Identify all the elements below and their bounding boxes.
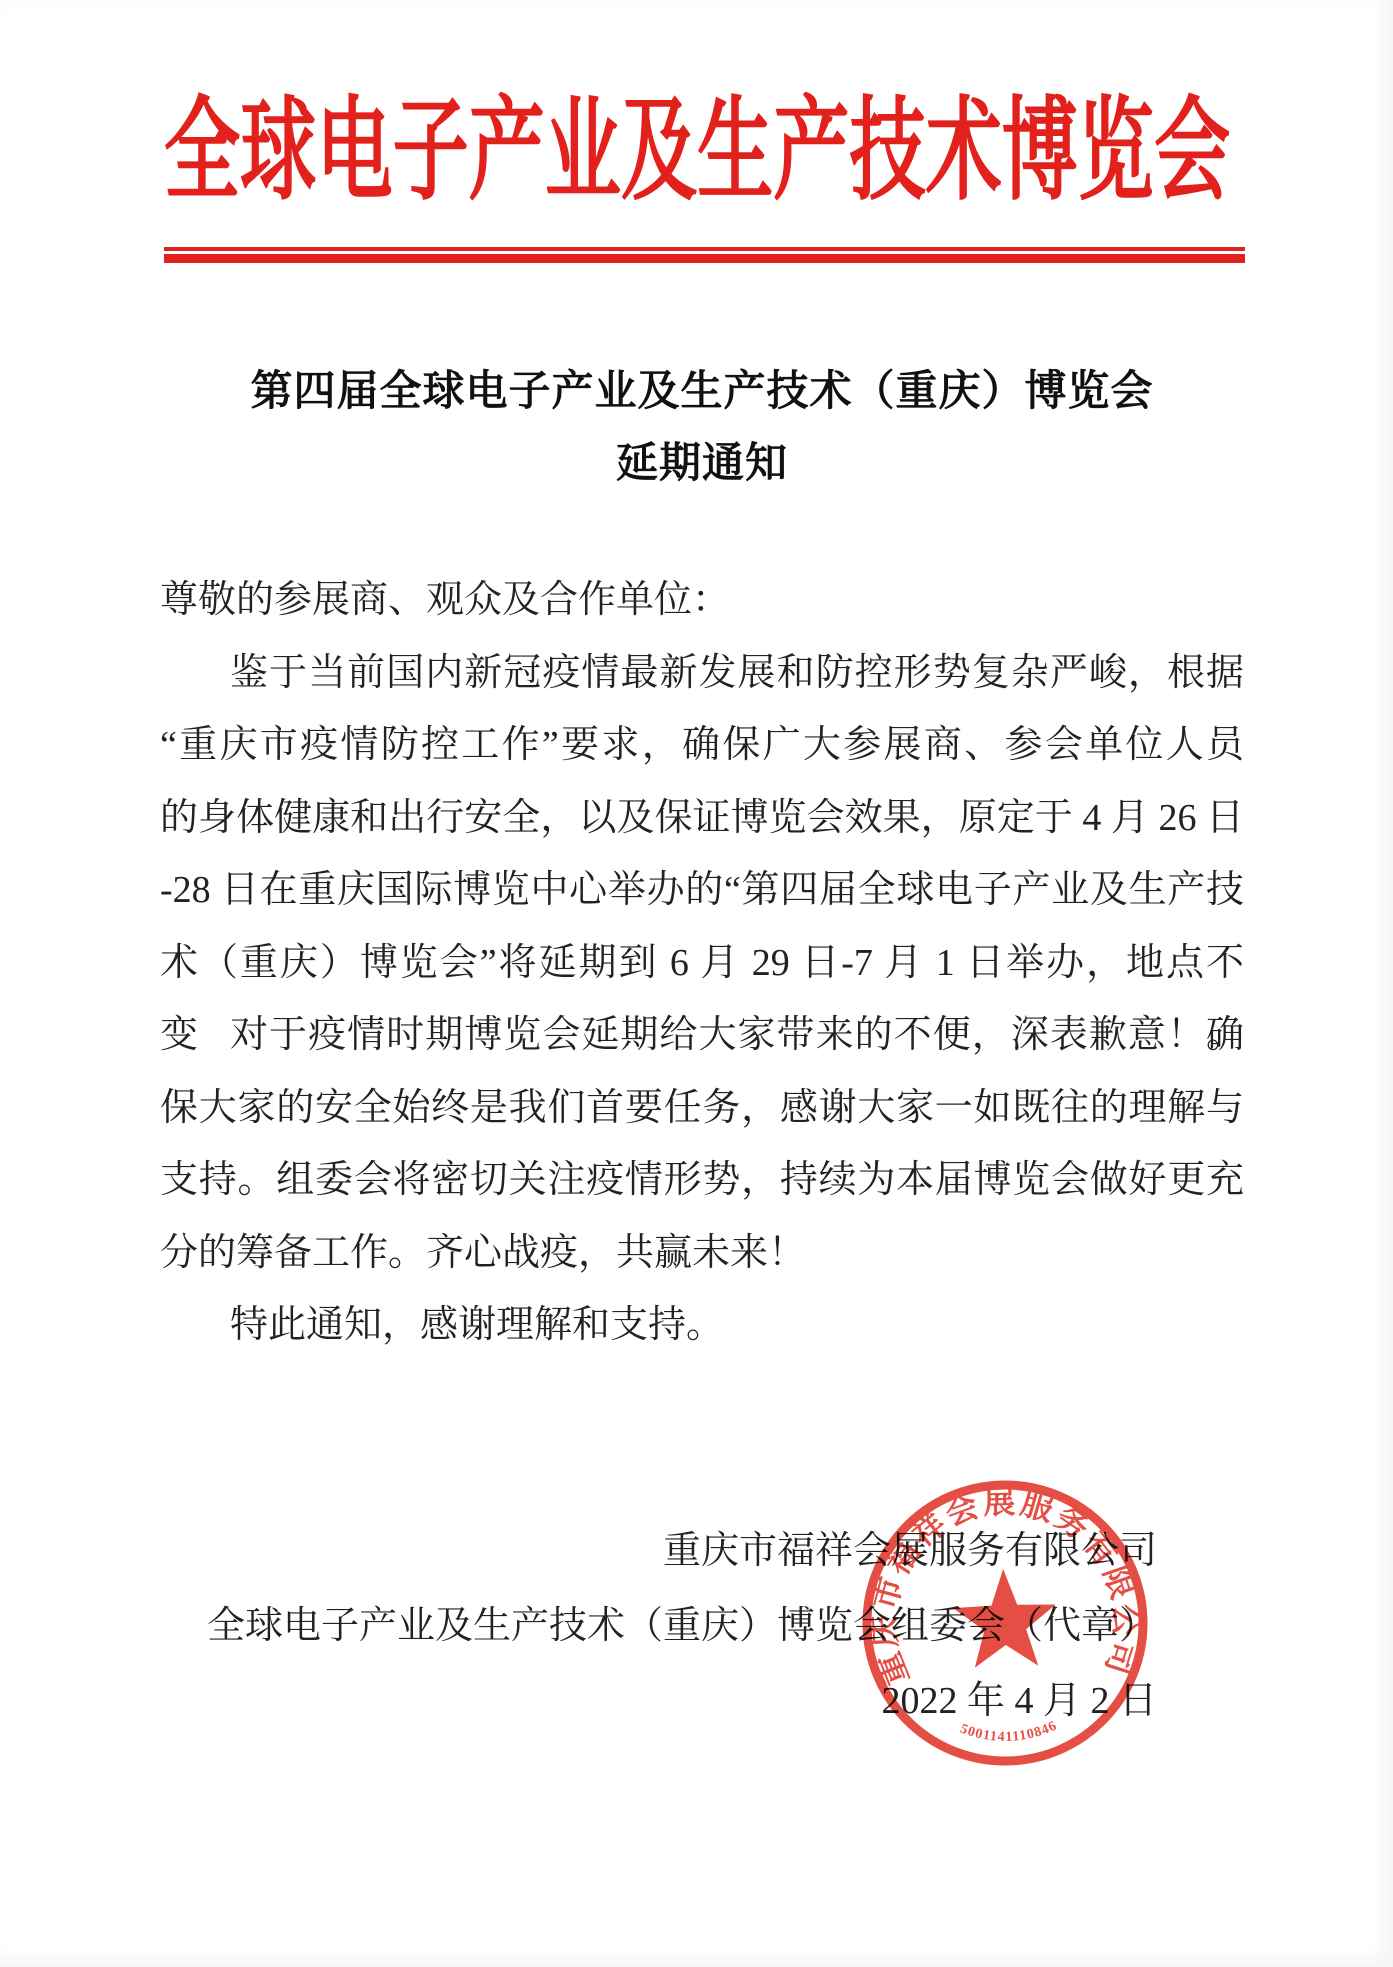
body-line: 保大家的安全始终是我们首要任务，感谢大家一如既往的理解与 (160, 1072, 1244, 1145)
body-line: “重庆市疫情防控工作”要求，确保广大参展商、参会单位人员 (160, 709, 1244, 782)
body-line: -28 日在重庆国际博览中心举办的“第四届全球电子产业及生产技 (160, 854, 1244, 927)
body-line: 对于疫情时期博览会延期给大家带来的不便，深表歉意！确 (160, 999, 1244, 1072)
company-seal-stamp: 重庆市福祥会展服务有限公司 5001141110846 (850, 1468, 1160, 1778)
heading-line-1: 第四届全球电子产业及生产技术（重庆）博览会 (160, 356, 1244, 428)
letterhead-title-text: 全球电子产业及生产技术博览会 (164, 96, 1230, 208)
notice-document: 全球电子产业及生产技术博览会 第四届全球电子产业及生产技术（重庆）博览会 延期通… (0, 0, 1393, 1967)
letterhead-title: 全球电子产业及生产技术博览会 (164, 96, 1393, 208)
body-line: 支持。组委会将密切关注疫情形势，持续为本届博览会做好更充 (160, 1144, 1244, 1217)
document-heading: 第四届全球电子产业及生产技术（重庆）博览会 延期通知 (160, 356, 1244, 500)
body-line: 术（重庆）博览会”将延期到 6 月 29 日-7 月 1 日举办，地点不变。 (160, 927, 1244, 1000)
star-icon (952, 1567, 1058, 1668)
body-line: 的身体健康和出行安全，以及保证博览会效果，原定于 4 月 26 日 (160, 782, 1244, 855)
closing-line: 特此通知，感谢理解和支持。 (160, 1289, 1244, 1362)
salutation-line: 尊敬的参展商、观众及合作单位： (160, 564, 1244, 637)
body-line: 鉴于当前国内新冠疫情最新发展和防控形势复杂严峻，根据 (160, 637, 1244, 710)
notice-body: 尊敬的参展商、观众及合作单位： 鉴于当前国内新冠疫情最新发展和防控形势复杂严峻，… (160, 564, 1244, 1362)
letterhead-rule (164, 247, 1245, 263)
body-line: 分的筹备工作。齐心战疫，共赢未来！ (160, 1217, 1244, 1290)
heading-line-2: 延期通知 (160, 428, 1244, 500)
seal-code-text: 5001141110846 (958, 1718, 1061, 1746)
rule-thick-line (164, 254, 1245, 263)
